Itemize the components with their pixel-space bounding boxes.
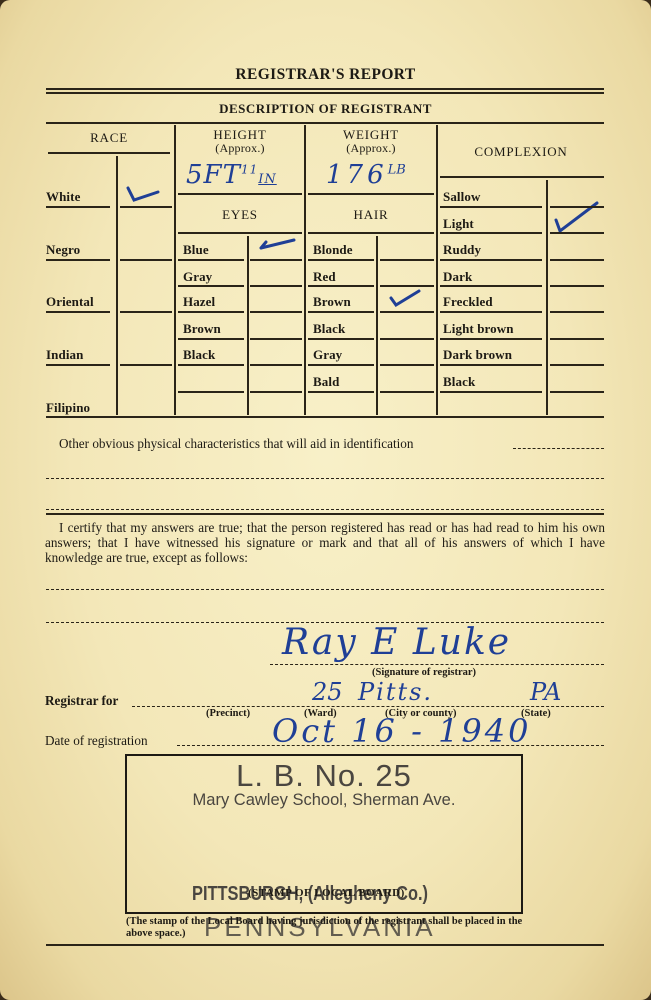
rule: [550, 285, 604, 287]
divider: [546, 180, 548, 415]
rule: [550, 232, 604, 234]
divider: [247, 236, 249, 415]
rule: [178, 259, 244, 261]
complexion-header: COMPLEXION: [438, 145, 604, 158]
title-rule-1: [46, 88, 604, 90]
rule: [550, 206, 604, 208]
rule: [178, 285, 244, 287]
rule: [550, 259, 604, 261]
rule: [550, 364, 604, 366]
rule: [440, 285, 542, 287]
height-value[interactable]: 5FT11IN: [186, 160, 277, 190]
precinct-caption: (Precinct): [206, 708, 250, 719]
rule: [178, 338, 244, 340]
rule: [308, 338, 374, 340]
registrar-city-value[interactable]: Pitts.: [358, 678, 433, 706]
complexion-option-freckled: Freckled: [443, 294, 493, 310]
eyes-option-gray: Gray: [183, 269, 212, 285]
rule: [250, 364, 302, 366]
rule: [178, 232, 302, 234]
race-header: RACE: [46, 131, 172, 144]
date-of-registration-label: Date of registration: [45, 733, 148, 748]
complexion-option-dark-brown: Dark brown: [443, 347, 512, 363]
complexion-option-black: Black: [443, 374, 475, 390]
stamp-box-caption: (STAMP OF LOCAL BOARD): [248, 887, 405, 899]
registrar-for-line[interactable]: [132, 706, 604, 707]
date-of-registration-value[interactable]: Oct 16 - 1940: [272, 712, 532, 750]
rule: [46, 259, 110, 261]
rule: [440, 206, 542, 208]
registration-card: REGISTRAR'S REPORT DESCRIPTION OF REGIST…: [0, 0, 651, 1000]
rule: [46, 364, 110, 366]
hair-option-bald: Bald: [313, 374, 339, 390]
rule: [178, 364, 244, 366]
rule: [250, 338, 302, 340]
rule: [120, 311, 172, 313]
certification-text: I certify that my answers are true; that…: [45, 520, 605, 565]
rule: [250, 391, 302, 393]
eyes-option-hazel: Hazel: [183, 294, 215, 310]
registrar-signature[interactable]: Ray E Luke: [282, 622, 511, 663]
rule: [380, 311, 434, 313]
complexion-option-sallow: Sallow: [443, 189, 480, 205]
complexion-option-light: Light: [443, 216, 474, 232]
rule: [440, 338, 542, 340]
hair-option-blonde: Blonde: [313, 242, 353, 258]
height-approx: (Approx.): [215, 141, 264, 155]
registrar-state-value[interactable]: PA: [530, 678, 561, 706]
race-option-filipino: Filipino: [46, 400, 90, 416]
rule: [550, 311, 604, 313]
rule: [308, 259, 374, 261]
eyes-option-black: Black: [183, 347, 215, 363]
race-option-negro: Negro: [46, 242, 80, 258]
rule: [440, 176, 604, 178]
race-option-oriental: Oriental: [46, 294, 94, 310]
height-header: HEIGHT (Approx.): [176, 128, 304, 155]
bottom-rule: [46, 944, 604, 946]
hair-checkmark-icon[interactable]: [388, 288, 422, 308]
page-title: REGISTRAR'S REPORT: [0, 66, 651, 84]
race-option-indian: Indian: [46, 347, 83, 363]
rule: [550, 338, 604, 340]
rule: [308, 364, 374, 366]
rule: [250, 311, 302, 313]
hair-header: HAIR: [306, 208, 436, 221]
hair-option-gray: Gray: [313, 347, 342, 363]
stamp-instruction: (The stamp of the Local Board having jur…: [126, 916, 526, 940]
rule: [380, 285, 434, 287]
rule: [440, 391, 542, 393]
complexion-option-light-brown: Light brown: [443, 321, 514, 337]
section-rule: [46, 513, 604, 515]
signature-caption: (Signature of registrar): [372, 667, 476, 678]
eyes-checkmark-icon[interactable]: [258, 236, 298, 252]
registrar-for-label: Registrar for: [45, 693, 118, 708]
rule: [46, 311, 110, 313]
rule: [178, 311, 244, 313]
other-characteristics-field[interactable]: [513, 448, 604, 449]
exceptions-line-1[interactable]: [46, 589, 604, 590]
table-top-rule: [46, 122, 604, 124]
rule: [308, 193, 434, 195]
divider: [436, 125, 438, 415]
rule: [550, 391, 604, 393]
rule: [250, 259, 302, 261]
registrar-ward-value[interactable]: 25: [312, 678, 343, 706]
divider: [304, 125, 306, 415]
divider: [116, 156, 118, 415]
hair-option-brown: Brown: [313, 294, 351, 310]
section-title: DESCRIPTION OF REGISTRANT: [0, 101, 651, 117]
eyes-option-blue: Blue: [183, 242, 209, 258]
rule: [440, 259, 542, 261]
rule: [308, 285, 374, 287]
rule: [308, 391, 374, 393]
rule: [46, 206, 110, 208]
eyes-header: EYES: [176, 208, 304, 221]
other-characteristics-line-3[interactable]: [46, 509, 604, 510]
weight-label: WEIGHT: [306, 128, 436, 141]
rule: [178, 391, 244, 393]
weight-approx: (Approx.): [346, 141, 395, 155]
rule: [440, 232, 542, 234]
rule: [440, 311, 542, 313]
complexion-option-ruddy: Ruddy: [443, 242, 481, 258]
rule: [48, 152, 170, 154]
table-bottom-rule: [46, 416, 604, 418]
complexion-option-dark: Dark: [443, 269, 472, 285]
rule: [440, 364, 542, 366]
race-option-white: White: [46, 189, 80, 205]
eyes-option-brown: Brown: [183, 321, 221, 337]
stamp-board-number: L. B. No. 25: [125, 758, 523, 794]
other-characteristics-label: Other obvious physical characteristics t…: [59, 436, 414, 451]
height-label: HEIGHT: [176, 128, 304, 141]
rule: [120, 259, 172, 261]
signature-line[interactable]: [270, 664, 604, 665]
rule: [120, 206, 172, 208]
rule: [250, 285, 302, 287]
rule: [380, 391, 434, 393]
rule: [380, 259, 434, 261]
hair-option-black: Black: [313, 321, 345, 337]
hair-option-red: Red: [313, 269, 336, 285]
rule: [120, 364, 172, 366]
race-checkmark-icon[interactable]: [124, 182, 162, 204]
weight-header: WEIGHT (Approx.): [306, 128, 436, 155]
rule: [178, 193, 302, 195]
rule: [308, 232, 434, 234]
title-rule-2: [46, 92, 604, 94]
rule: [308, 311, 374, 313]
divider: [376, 236, 378, 415]
rule: [380, 364, 434, 366]
divider: [174, 125, 176, 415]
other-characteristics-line-2[interactable]: [46, 478, 604, 479]
weight-value[interactable]: 176LB: [326, 160, 406, 190]
rule: [380, 338, 434, 340]
stamp-address: Mary Cawley School, Sherman Ave.: [125, 791, 523, 810]
